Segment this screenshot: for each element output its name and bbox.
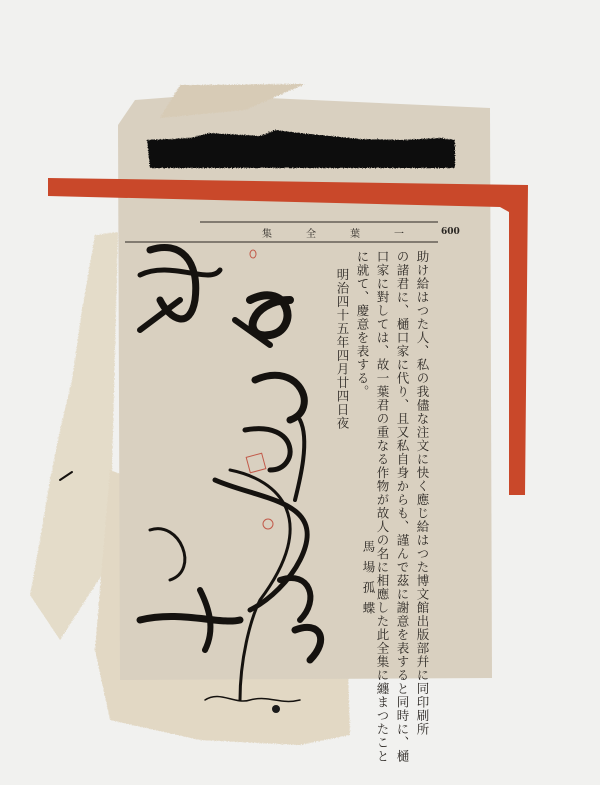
date-line: 明治四十五年四月廿四日夜: [334, 268, 350, 430]
text-column-1: 助け給はつた人、私の我儘な注文に快く應じ給はつた博文館出版部幷に同印刷所: [414, 250, 430, 736]
ink-dot: [272, 705, 280, 713]
collage-artwork: 集 全 葉 一 600 助け給はつた人、私の我儘な注文に快く應じ給はつた博文館出…: [0, 0, 600, 785]
collage-graphics: [0, 0, 600, 785]
text-column-4: に就て、慶意を表する。: [354, 250, 370, 399]
text-column-3: 口家に對しては、故一葉君の重なる作物が故人の名に相應した此全集に纏まつたこと: [374, 250, 390, 763]
text-column-2: の諸君に、樋口家に代り、且又私自身からも、謹んで茲に謝意を表すると同時に、樋: [394, 250, 410, 763]
book-header-title: 集 全 葉 一: [262, 225, 416, 240]
page-number: 600: [441, 227, 460, 237]
signature: 馬場孤蝶: [360, 540, 376, 622]
